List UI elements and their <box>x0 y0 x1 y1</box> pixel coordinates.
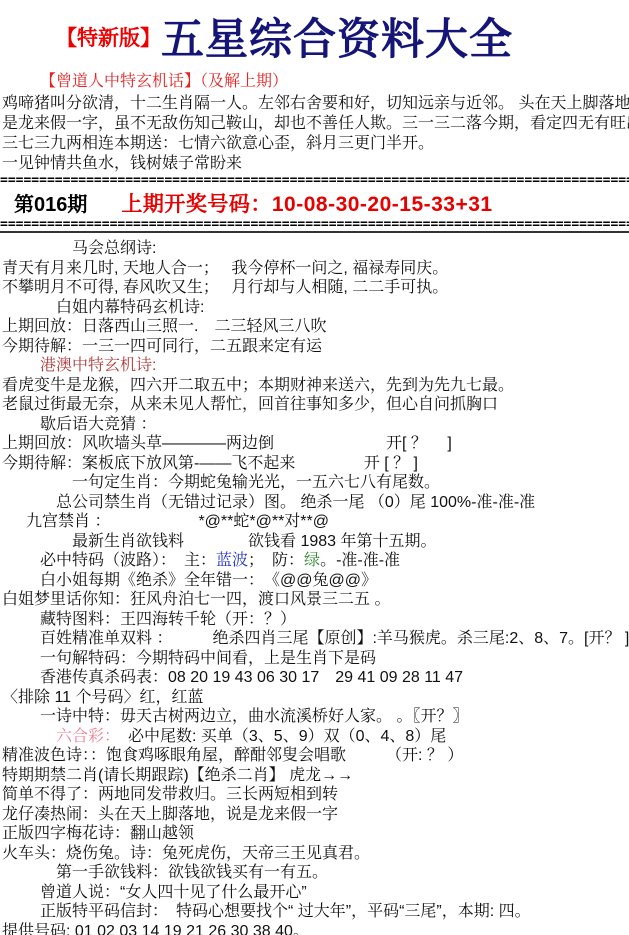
text-line: 必中特码（波路）： 主：蓝波； 防：绿。-准-准-准 <box>0 551 629 571</box>
text-line: 第一手欲钱料：欲钱欲钱买有一有五。 <box>0 863 629 883</box>
text-segment: 总公司禁生肖（无错过记录）图。 绝杀一尾 （0）尾 100%-准-准-准 <box>56 494 535 511</box>
text-segment: 百姓精准单双料 ： 绝杀四肖三尾【原创】:羊马猴虎。杀三尾:2、8、7。[开？ … <box>40 630 629 647</box>
text-line: 龙仔凑热闹：头在天上脚落地，说是龙来假一字 <box>0 805 629 825</box>
text-segment: 今期待解：一三一四可同行，二五跟来定有运 <box>2 338 322 355</box>
text-segment: 不攀明月不可得, 春风吹又生； 月行却与人相随, 二二手可执。 <box>2 279 448 296</box>
text-segment: 最新生肖欲钱料 欲钱看 1983 年第十五期。 <box>72 533 437 550</box>
text-segment: 港澳中特玄机诗: <box>40 357 156 374</box>
text-segment: 马会总纲诗: <box>72 240 156 257</box>
text-segment: 一句定生肖：今期蛇兔输光光，一五六七八有尾数。 <box>72 474 440 491</box>
text-segment: 简单不得了：两地同发带救归。三长两短相到转 <box>2 786 338 803</box>
text-segment: 香港传真杀码表：08 20 19 43 06 30 17 29 41 09 28… <box>40 669 463 686</box>
text-segment: 龙仔凑热闹：头在天上脚落地，说是龙来假一字 <box>2 806 338 823</box>
intro-line: 一见钟情共鱼水，钱树婊子常盼来 <box>0 154 629 174</box>
text-segment: 九宫禁肖 ： *@**蛇*@**对**@ <box>26 513 329 530</box>
text-segment: 一诗中特：毋天古树两边立，曲水流溪桥好人家。 。〖开？〗 <box>40 708 468 725</box>
separator-line-top: ========================================… <box>0 176 629 187</box>
text-segment: 歇后语大竞猜 ： <box>40 416 156 433</box>
text-line: 提供号码: 01 02 03 14 19 21 26 30 38 40。 <box>0 922 629 935</box>
text-segment: 看虎变牛是龙猴，四六开二取五中；本期财神来送六，先到为先九七最。 <box>2 377 514 394</box>
text-segment: 〈排除 11 个号码〉红，红蓝 <box>2 689 204 706</box>
text-segment: 上期回放：日落西山三照一. 二三轻风三八吹 <box>2 318 326 335</box>
text-line: 白姐梦里话你知：狂风舟泊七一四，渡口风景三二五 。 <box>0 590 629 610</box>
text-segment: 必中尾数: 买单（3、5、9）双（0、4、8）尾 <box>112 728 446 745</box>
text-line: 精准波色诗：：饱食鸡啄眼角屋，醉酣邻叟会唱歌 （开: ？ ） <box>0 746 629 766</box>
text-line: 歇后语大竞猜 ： <box>0 415 629 435</box>
text-segment: 青天有月来几时, 天地人合一； 我今停杯一问之, 福禄寿同庆。 <box>2 260 448 277</box>
intro-paragraph: 鸡啼猪叫分欲清，十二生肖隔一人。左邻右舍要和好，切知远亲与近邻。 头在天上脚落地… <box>0 94 629 174</box>
text-line: 今期待解：一三一四可同行，二五跟来定有运 <box>0 337 629 357</box>
intro-line: 是龙来假一字，虽不无敌伤知己鞍山，却也不善任人欺。三一三二落今期，看定四无有旺出… <box>0 114 629 134</box>
lottery-info-sheet: 【特新版】五星综合资料大全 【曾道人中特玄机话】（及解上期） 鸡啼猪叫分欲清，十… <box>0 0 629 935</box>
text-segment: 曾道人说：“女人四十见了什么最开心” <box>40 884 307 901</box>
text-segment: ； 防： <box>248 552 304 569</box>
text-line: 总公司禁生肖（无错过记录）图。 绝杀一尾 （0）尾 100%-准-准-准 <box>0 493 629 513</box>
text-segment: 蓝波 <box>216 552 248 569</box>
text-segment: 提供号码: 01 02 03 14 19 21 26 30 38 40。 <box>2 923 309 935</box>
content-lines: 马会总纲诗:青天有月来几时, 天地人合一； 我今停杯一问之, 福禄寿同庆。不攀明… <box>0 233 629 935</box>
text-line: 简单不得了：两地同发带救归。三长两短相到转 <box>0 785 629 805</box>
header: 【特新版】五星综合资料大全 <box>0 0 629 67</box>
text-line: 老鼠过街最无奈，从来未见人帮忙，回首往事知多少，但心自问抓胸口 <box>0 395 629 415</box>
text-segment: 今期待解：案板底下放风第-——飞不起来 开 [ ？ ] <box>2 455 418 472</box>
text-line: 藏特图料：王四海转千轮（开：？） <box>0 610 629 630</box>
issue-number: 第016期 <box>14 188 87 217</box>
text-line: 今期待解：案板底下放风第-——飞不起来 开 [ ？ ] <box>0 454 629 474</box>
text-segment: 精准波色诗：：饱食鸡啄眼角屋，醉酣邻叟会唱歌 （开: ？ ） <box>2 747 463 764</box>
text-line: 白小姐每期《绝杀》全年错一： 《@@兔@@》 <box>0 571 629 591</box>
text-segment: 六合彩： <box>56 728 112 745</box>
text-segment: 绿 <box>304 552 320 569</box>
text-line: 青天有月来几时, 天地人合一； 我今停杯一问之, 福禄寿同庆。 <box>0 259 629 279</box>
text-line: 看虎变牛是龙猴，四六开二取五中；本期财神来送六，先到为先九七最。 <box>0 376 629 396</box>
text-line: 香港传真杀码表：08 20 19 43 06 30 17 29 41 09 28… <box>0 668 629 688</box>
text-line: 九宫禁肖 ： *@**蛇*@**对**@ <box>0 512 629 532</box>
previous-draw-numbers: 上期开奖号码：10-08-30-20-15-33+31 <box>121 188 492 218</box>
text-segment: 白姐梦里话你知：狂风舟泊七一四，渡口风景三二五 。 <box>2 591 390 608</box>
text-line: 港澳中特玄机诗: <box>0 356 629 376</box>
issue-row: 第016期 上期开奖号码：10-08-30-20-15-33+31 <box>0 187 629 218</box>
separator-line-bottom: ========================================… <box>0 220 629 233</box>
text-segment: 正版四字梅花诗：翻山越领 <box>2 825 194 842</box>
text-line: 百姓精准单双料 ： 绝杀四肖三尾【原创】:羊马猴虎。杀三尾:2、8、7。[开？ … <box>0 629 629 649</box>
text-line: 不攀明月不可得, 春风吹又生； 月行却与人相随, 二二手可执。 <box>0 278 629 298</box>
intro-line: 鸡啼猪叫分欲清，十二生肖隔一人。左邻右舍要和好，切知远亲与近邻。 头在天上脚落地… <box>0 94 629 114</box>
text-line: 一诗中特：毋天古树两边立，曲水流溪桥好人家。 。〖开？〗 <box>0 707 629 727</box>
text-line: 上期回放：日落西山三照一. 二三轻风三八吹 <box>0 317 629 337</box>
text-line: 正版特平码信封： 特码心想要找个“ 过大年”，平码“三尾”，本期: 四。 <box>0 902 629 922</box>
text-segment: 第一手欲钱料：欲钱欲钱买有一有五。 <box>56 864 328 881</box>
text-segment: 火车头：烧伤兔。诗：兔死虎伤，天帝三王见真君。 <box>2 845 370 862</box>
text-segment: 正版特平码信封： 特码心想要找个“ 过大年”，平码“三尾”，本期: 四。 <box>40 903 531 920</box>
subtitle: 【曾道人中特玄机话】（及解上期） <box>40 68 629 91</box>
text-segment: 藏特图料：王四海转千轮（开：？） <box>40 611 296 628</box>
text-line: 最新生肖欲钱料 欲钱看 1983 年第十五期。 <box>0 532 629 552</box>
text-segment: 特期期禁二肖(请长期跟踪)【绝杀二肖】 虎龙→→ <box>2 767 353 784</box>
text-line: 一句定生肖：今期蛇兔输光光，一五六七八有尾数。 <box>0 473 629 493</box>
text-segment: 一句解特码：今期特码中间看，上是生肖下是码 <box>40 650 376 667</box>
text-segment: 白姐内幕特码玄机诗: <box>56 299 204 316</box>
text-line: 白姐内幕特码玄机诗: <box>0 298 629 318</box>
text-line: 正版四字梅花诗：翻山越领 <box>0 824 629 844</box>
text-line: 〈排除 11 个号码〉红，红蓝 <box>0 688 629 708</box>
edition-tag: 【特新版】 <box>56 27 161 50</box>
intro-line: 三七三九两相连本期送：七情六欲意心歪，斜月三更门半开。 <box>0 134 629 154</box>
text-line: 特期期禁二肖(请长期跟踪)【绝杀二肖】 虎龙→→ <box>0 766 629 786</box>
text-line: 六合彩： 必中尾数: 买单（3、5、9）双（0、4、8）尾 <box>0 727 629 747</box>
text-line: 马会总纲诗: <box>0 239 629 259</box>
text-line: 火车头：烧伤兔。诗：兔死虎伤，天帝三王见真君。 <box>0 844 629 864</box>
text-line: 一句解特码：今期特码中间看，上是生肖下是码 <box>0 649 629 669</box>
text-segment: 。-准-准-准 <box>320 552 400 569</box>
page-title: 五星综合资料大全 <box>161 16 513 64</box>
text-line: 曾道人说：“女人四十见了什么最开心” <box>0 883 629 903</box>
text-segment: 老鼠过街最无奈，从来未见人帮忙，回首往事知多少，但心自问抓胸口 <box>2 396 498 413</box>
text-line: 上期回放：风吹墙头草————两边倒 开[ ？ ] <box>0 434 629 454</box>
text-segment: 白小姐每期《绝杀》全年错一： 《@@兔@@》 <box>40 572 377 589</box>
text-segment: 必中特码（波路）： 主： <box>40 552 216 569</box>
text-segment: 上期回放：风吹墙头草————两边倒 开[ ？ ] <box>2 435 452 452</box>
